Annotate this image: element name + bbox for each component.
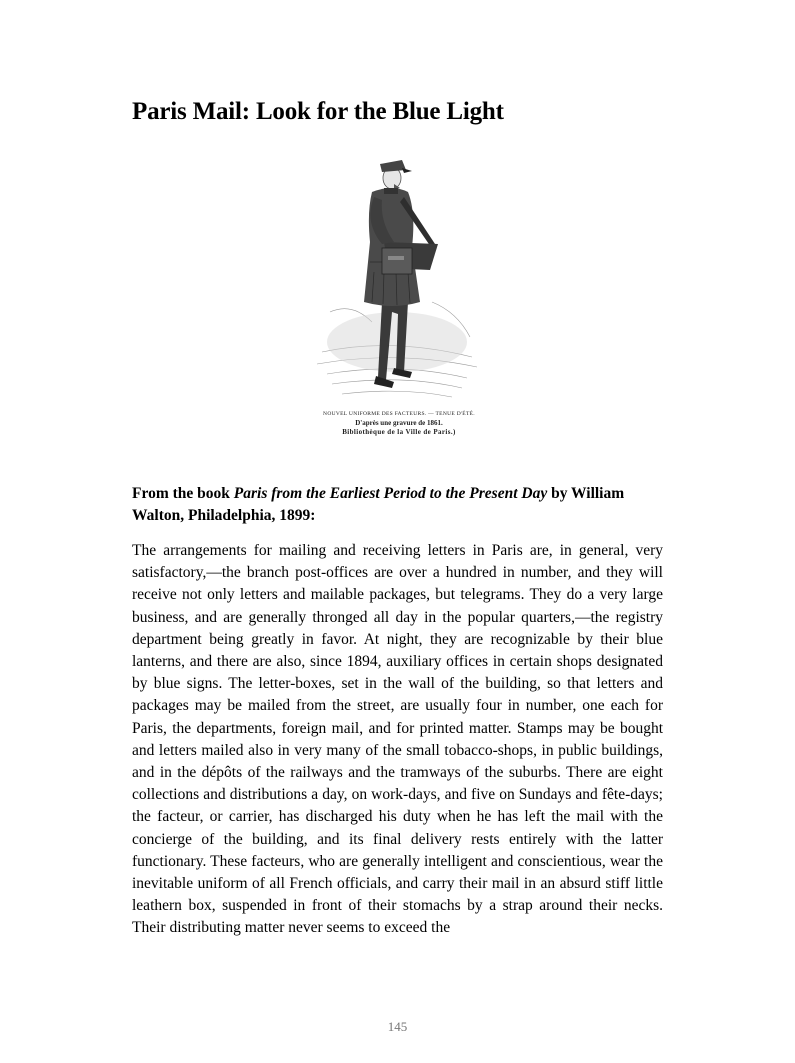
page-title: Paris Mail: Look for the Blue Light	[132, 98, 504, 126]
figure-caption: NOUVEL UNIFORME DES FACTEURS. — TENUE D'…	[306, 410, 492, 437]
source-citation: From the book Paris from the Earliest Pe…	[132, 483, 663, 527]
caption-line-1: NOUVEL UNIFORME DES FACTEURS. — TENUE D'…	[306, 410, 492, 419]
caption-line-2: D'après une gravure de 1861.	[306, 419, 492, 428]
page-number: 145	[0, 1019, 795, 1035]
caption-line-3: Bibliothèque de la Ville de Paris.)	[306, 428, 492, 437]
body-paragraph: The arrangements for mailing and receivi…	[132, 540, 663, 940]
postman-illustration-icon	[312, 152, 482, 410]
source-prefix: From the book	[132, 485, 234, 502]
postman-engraving	[312, 152, 482, 444]
book-title: Paris from the Earliest Period to the Pr…	[234, 485, 547, 502]
